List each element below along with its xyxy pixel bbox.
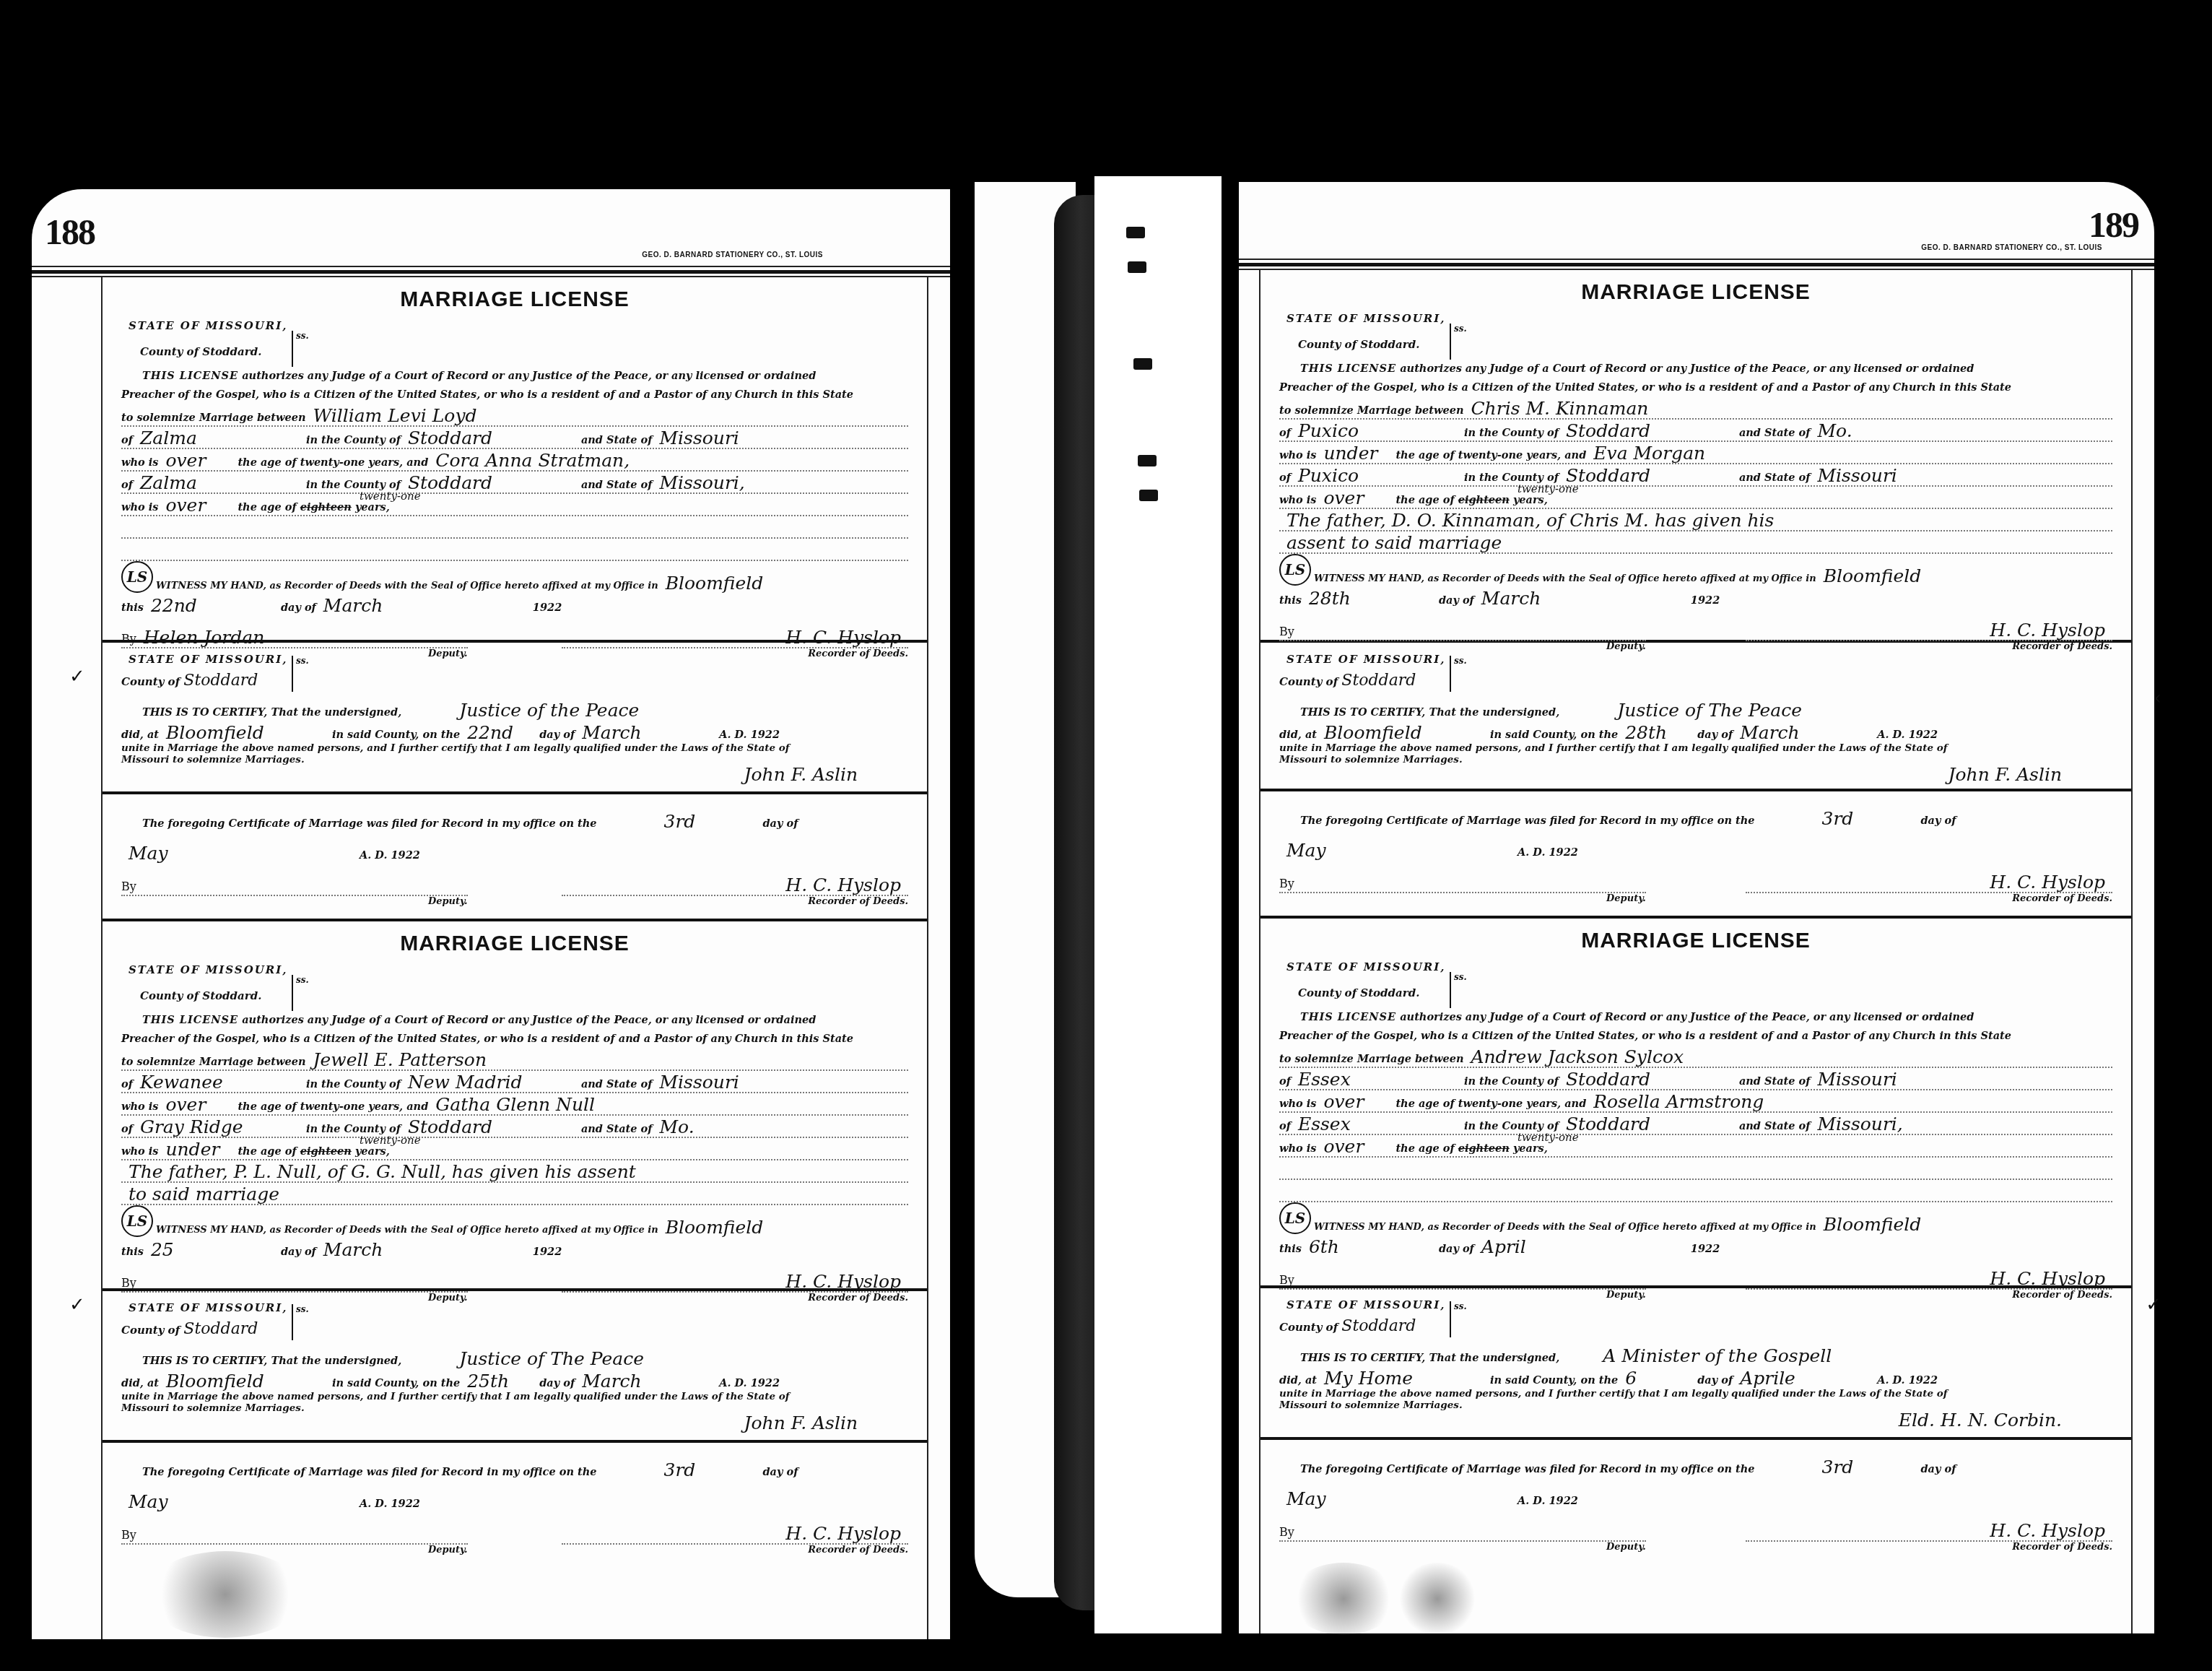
issued-place: Bloomfield [1816, 567, 1929, 586]
officiant-signature: John F. Aslin [1279, 765, 2112, 784]
groom-town: Essex [1291, 1070, 1464, 1089]
margin-mark: ‹ [2154, 687, 2161, 709]
license-authorization: THIS LICENSE authorizes any Judge of a C… [1279, 1008, 2112, 1046]
binder-hole [1126, 227, 1145, 238]
margin-checkmark: ✓ [69, 666, 85, 687]
recorder-name: H. C. Hyslop [778, 1524, 908, 1543]
groom-name: Andrew Jackson Sylcox [1463, 1048, 1691, 1067]
license-body: authorizes any Judge of a Court of Recor… [1400, 363, 1974, 375]
label: and State of [581, 434, 653, 448]
bride-county: Stoddard [1559, 466, 1739, 485]
license-title: MARRIAGE LICENSE [1279, 270, 2112, 305]
ceremony-year: 2 [1930, 1374, 1938, 1388]
label: day of [1439, 594, 1474, 608]
venue: STATE OF MISSOURI, County of Stoddard. s… [1279, 305, 2112, 360]
deputy-signature: By [121, 870, 468, 896]
ss-bracket: ss. [1450, 324, 1467, 360]
label: the age of [238, 1145, 296, 1159]
license-lead: THIS LICENSE [142, 370, 238, 382]
label: County of [121, 1324, 180, 1337]
recorder-signature: H. C. Hyslop [562, 1267, 908, 1293]
label: day of [1920, 815, 1956, 828]
issued-day: 25 [144, 1241, 281, 1259]
ceremony-line: did, atBloomfieldin said County, on the2… [1279, 720, 2112, 742]
groom-line: to solemnize Marriage betweenWilliam Lev… [121, 404, 908, 427]
groom-town: Puxico [1291, 422, 1464, 440]
consent-line [121, 539, 908, 561]
label: in said County, on the [332, 729, 460, 742]
officiant-title-line: THIS IS TO CERTIFY, That the undersigned… [121, 1346, 908, 1368]
license-body: Preacher of the Gospel, who is a Citizen… [1279, 381, 2011, 394]
county-label: County of Stoddard [1279, 672, 1416, 690]
ink-smudge [1398, 1563, 1477, 1635]
license-authorization: THIS LICENSE authorizes any Judge of a C… [121, 367, 908, 404]
groom-county: New Madrid [401, 1073, 581, 1092]
label: A. D. 192 [719, 1377, 772, 1391]
label: That the undersigned, [271, 706, 401, 720]
label: THIS IS TO CERTIFY, [142, 1355, 267, 1368]
label: to solemnize Marriage between [1279, 404, 1463, 418]
label: of [1279, 427, 1291, 440]
consent-text: The father, P. L. Null, of G. G. Null, h… [121, 1163, 643, 1181]
officiant-title: Justice of The Peace [401, 1350, 651, 1368]
label: A. D. 192 [360, 1498, 413, 1511]
binder-hole [1138, 455, 1157, 466]
label: in said County, on the [1490, 729, 1618, 742]
issued-year: 2 [1712, 594, 1720, 608]
recorder-signature: H. C. Hyslop [1746, 1264, 2112, 1290]
filing-section: The foregoing Certificate of Marriage wa… [103, 1443, 927, 1631]
bride-state: Missouri [1811, 466, 1904, 485]
bride-name: Rosella Armstrong [1586, 1093, 1771, 1111]
license-body: authorizes any Judge of a Court of Recor… [1400, 1011, 1974, 1023]
consent-line: to said marriage [121, 1183, 908, 1205]
twenty-one-correction: twenty-one [360, 490, 421, 503]
officiant-title: A Minister of the Gospell [1559, 1347, 1839, 1366]
ss-bracket: ss. [1450, 972, 1467, 1008]
issued-day: 22nd [144, 596, 281, 615]
label: who is [121, 1145, 158, 1159]
groom-age: under [1316, 444, 1395, 463]
label: day of [1920, 1463, 1956, 1477]
groom-state: Missouri [1811, 1070, 1904, 1089]
label: The foregoing Certificate of Marriage wa… [142, 1466, 596, 1480]
marriage-license-section: MARRIAGE LICENSE STATE OF MISSOURI, Coun… [1260, 919, 2131, 1288]
label: who is [1279, 449, 1316, 463]
label: County of [121, 675, 180, 688]
state-label: STATE OF MISSOURI, [129, 963, 288, 976]
state-label: STATE OF MISSOURI, [1286, 653, 1446, 666]
label: By [1279, 877, 1294, 892]
ceremony-place: Bloomfield [159, 1372, 332, 1391]
marriage-license-section: MARRIAGE LICENSE STATE OF MISSOURI, Coun… [103, 277, 927, 643]
county-label: County of Stoddard. [140, 345, 261, 358]
ceremony-place: My Home [1317, 1369, 1490, 1388]
ceremony-day: 22nd [460, 724, 539, 742]
ceremony-place: Bloomfield [159, 724, 332, 742]
filing-line: The foregoing Certificate of Marriage wa… [1279, 806, 2112, 828]
groom-state: Missouri [653, 429, 746, 448]
label: years, [1513, 1142, 1548, 1156]
witness-line: LSWITNESS MY HAND, as Recorder of Deeds … [1279, 1202, 2112, 1234]
label: WITNESS MY HAND, as Recorder of Deeds wi… [1314, 573, 1816, 586]
label: 192 [533, 1246, 554, 1259]
label: in the County of [306, 434, 401, 448]
county-label: County of Stoddard. [1298, 338, 1419, 351]
filing-line: The foregoing Certificate of Marriage wa… [121, 809, 908, 831]
label: THIS IS TO CERTIFY, [142, 706, 267, 720]
ceremony-month: March [575, 1372, 719, 1391]
license-body: Preacher of the Gospel, who is a Citizen… [121, 389, 853, 401]
filing-date-line: MayA. D. 1922 [121, 831, 908, 863]
label: and State of [581, 1123, 653, 1137]
deputy-caption: Deputy. [1279, 893, 1646, 904]
bride-name: Eva Morgan [1586, 444, 1712, 463]
ceremony-month: March [575, 724, 719, 742]
label: By [121, 1276, 136, 1291]
recorder-caption: Recorder of Deeds. [1746, 1542, 2112, 1553]
recorder-name: H. C. Hyslop [1982, 1269, 2112, 1288]
bride-state: Missouri, [1811, 1115, 1910, 1134]
cert-county: Stoddard [183, 1320, 258, 1338]
header-rule [32, 266, 950, 277]
consent-line [1279, 1158, 2112, 1180]
venue: STATE OF MISSOURI, County of Stoddard. s… [1279, 953, 2112, 1008]
label: this [1279, 594, 1302, 608]
label: years, [1513, 494, 1548, 508]
venue: STATE OF MISSOURI, County of Stoddard ss… [121, 653, 908, 698]
label: the age of [1395, 1142, 1454, 1156]
groom-age-line: who isoverthe age of twenty-one years, a… [121, 449, 908, 472]
label: day of [1697, 1374, 1733, 1388]
groom-town: Zalma [133, 429, 306, 448]
recorder-name: H. C. Hyslop [778, 876, 908, 895]
deputy-caption: Deputy. [121, 896, 468, 907]
groom-residence-line: ofPuxicoin the County ofStoddardand Stat… [1279, 420, 2112, 442]
consent-text: assent to said marriage [1279, 534, 1509, 552]
recorder-signature: H. C. Hyslop [1746, 615, 2112, 641]
officiant-name: John F. Aslin [736, 764, 865, 785]
consent-text: The father, D. O. Kinnaman, of Chris M. … [1279, 511, 1781, 530]
label: Missouri to solemnize Marriages. [121, 1402, 305, 1414]
label: day of [762, 1466, 798, 1480]
filed-year: 2 [1571, 1495, 1578, 1509]
groom-state: Missouri [653, 1073, 746, 1092]
label: and State of [1739, 1120, 1811, 1134]
issued-month: March [316, 596, 533, 615]
binder-strip [1094, 176, 1222, 1633]
label: of [1279, 472, 1291, 485]
label: did, at [121, 1377, 159, 1391]
label: the age of twenty-one years, and [238, 1101, 428, 1114]
ceremony-month: Aprile [1733, 1369, 1877, 1388]
ss-bracket: ss. [292, 331, 309, 367]
twenty-one-correction: twenty-one [1518, 1131, 1579, 1144]
label: to solemnize Marriage between [121, 412, 305, 425]
groom-name: William Levi Loyd [305, 407, 484, 425]
label: who is [121, 501, 158, 515]
issued-month: April [1474, 1238, 1691, 1256]
ceremony-day: 25th [460, 1372, 539, 1391]
groom-age: over [158, 1095, 238, 1114]
label: of [1279, 1075, 1291, 1089]
recorder-name: H. C. Hyslop [1982, 621, 2112, 640]
filing-section: The foregoing Certificate of Marriage wa… [103, 794, 927, 921]
state-label: STATE OF MISSOURI, [129, 319, 288, 332]
label: A. D. 192 [719, 729, 772, 742]
groom-line: to solemnize Marriage betweenJewell E. P… [121, 1049, 908, 1071]
filing-date-line: MayA. D. 1922 [121, 1480, 908, 1511]
signature-row: By H. C. Hyslop [1279, 1509, 2112, 1542]
label: in the County of [306, 1078, 401, 1092]
label: of [121, 479, 133, 492]
officiant-name: John F. Aslin [736, 1412, 865, 1433]
issue-date-line: this28thday ofMarch1922 [1279, 586, 2112, 608]
filed-day: 3rd [1754, 1458, 1920, 1477]
label: unite in Marriage the above named person… [121, 1391, 790, 1402]
issued-year: 2 [1712, 1243, 1720, 1256]
filing-section: The foregoing Certificate of Marriage wa… [1260, 791, 2131, 919]
label: and State of [581, 1078, 653, 1092]
bride-age-line: who isoverthe age of eighteen years,twen… [1279, 1135, 2112, 1158]
ceremony-day: 28th [1618, 724, 1697, 742]
ceremony-place: Bloomfield [1317, 724, 1490, 742]
page-number: 189 [2089, 204, 2138, 246]
label: By [1279, 1273, 1294, 1288]
consent-line: The father, P. L. Null, of G. G. Null, h… [121, 1160, 908, 1183]
officiant-title: Justice of The Peace [1559, 701, 1809, 720]
ceremony-year: 2 [772, 729, 780, 742]
label: to solemnize Marriage between [1279, 1053, 1463, 1067]
license-title: MARRIAGE LICENSE [1279, 919, 2112, 953]
recorder-caption: Recorder of Deeds. [1746, 893, 2112, 904]
label: did, at [121, 729, 159, 742]
signature-row: By H. C. Hyslop [1279, 1256, 2112, 1290]
label: A. D. 192 [1518, 846, 1571, 860]
label: WITNESS MY HAND, as Recorder of Deeds wi… [1314, 1222, 1816, 1234]
ledger-page-right: 189 GEO. D. BARNARD STATIONERY CO., ST. … [1239, 182, 2154, 1633]
bride-town: Essex [1291, 1115, 1464, 1134]
filed-year: 2 [1571, 846, 1578, 860]
witness-line: LSWITNESS MY HAND, as Recorder of Deeds … [1279, 554, 2112, 586]
label: the age of twenty-one years, and [1395, 1098, 1586, 1111]
recorder-signature: H. C. Hyslop [562, 1519, 908, 1545]
label: Missouri to solemnize Marriages. [1279, 1399, 1463, 1411]
label: and State of [1739, 1075, 1811, 1089]
consent-line: The father, D. O. Kinnaman, of Chris M. … [1279, 509, 2112, 531]
ss-bracket: ss. [292, 656, 309, 692]
bride-county: Stoddard [1559, 1115, 1739, 1134]
bride-county: Stoddard [401, 1118, 581, 1137]
consent-line: assent to said marriage [1279, 531, 2112, 554]
label: did, at [1279, 729, 1317, 742]
bride-age-line: who isoverthe age of eighteen years,twen… [121, 494, 908, 516]
deputy-caption: Deputy. [121, 1545, 468, 1555]
issued-place: Bloomfield [658, 574, 771, 593]
label: who is [1279, 1142, 1316, 1156]
groom-residence-line: ofEssexin the County ofStoddardand State… [1279, 1068, 2112, 1090]
certificate-section: STATE OF MISSOURI, County of Stoddard ss… [1260, 643, 2131, 791]
label: this [121, 1246, 144, 1259]
bride-town: Gray Ridge [133, 1118, 306, 1137]
filed-month: May [1279, 1490, 1518, 1509]
county-label: County of Stoddard. [140, 989, 261, 1002]
marriage-license-section: MARRIAGE LICENSE STATE OF MISSOURI, Coun… [103, 921, 927, 1291]
form-area: MARRIAGE LICENSE STATE OF MISSOURI, Coun… [101, 277, 928, 1639]
groom-county: Stoddard [1559, 1070, 1739, 1089]
label: The foregoing Certificate of Marriage wa… [1300, 1463, 1754, 1477]
groom-age: over [158, 451, 238, 470]
issued-day: 6th [1302, 1238, 1439, 1256]
label: unite in Marriage the above named person… [1279, 742, 1948, 754]
issued-place: Bloomfield [658, 1218, 771, 1237]
ceremony-month: March [1733, 724, 1877, 742]
issue-date-line: this25day ofMarch1922 [121, 1237, 908, 1259]
label: to solemnize Marriage between [121, 1056, 305, 1069]
label: WITNESS MY HAND, as Recorder of Deeds wi… [156, 581, 658, 593]
issued-month: March [1474, 589, 1691, 608]
label: and State of [1739, 472, 1811, 485]
recorder-name: H. C. Hyslop [1982, 873, 2112, 892]
label: day of [281, 1246, 316, 1259]
label: in the County of [1464, 1075, 1559, 1089]
certify-text: unite in Marriage the above named person… [1279, 742, 2112, 765]
officiant-name: John F. Aslin [1941, 764, 2069, 785]
issued-year: 2 [554, 602, 562, 615]
ceremony-line: did, atMy Homein said County, on the6day… [1279, 1366, 2112, 1388]
label: who is [1279, 494, 1316, 508]
filed-year: 2 [413, 1498, 420, 1511]
certificate-section: STATE OF MISSOURI, County of Stoddard ss… [103, 1291, 927, 1443]
label: unite in Marriage the above named person… [121, 742, 790, 754]
certify-text: unite in Marriage the above named person… [121, 1391, 908, 1414]
label: A. D. 192 [1518, 1495, 1571, 1509]
deputy-signature: By [1279, 1516, 1646, 1542]
label: WITNESS MY HAND, as Recorder of Deeds wi… [156, 1225, 658, 1237]
issued-place: Bloomfield [1816, 1215, 1929, 1234]
license-authorization: THIS LICENSE authorizes any Judge of a C… [121, 1011, 908, 1049]
label: day of [281, 602, 316, 615]
groom-county: Stoddard [401, 429, 581, 448]
license-body: authorizes any Judge of a Court of Recor… [242, 1014, 816, 1026]
signature-row: By H. C. Hyslop [1279, 860, 2112, 893]
license-body: Preacher of the Gospel, who is a Citizen… [121, 1033, 853, 1045]
ceremony-year: 2 [1930, 729, 1938, 742]
signature-captions: Deputy.Recorder of Deeds. [1279, 893, 2112, 904]
license-lead: THIS LICENSE [1300, 363, 1396, 375]
state-label: STATE OF MISSOURI, [1286, 312, 1446, 325]
label: A. D. 192 [1877, 1374, 1930, 1388]
deputy-caption: Deputy. [1279, 1542, 1646, 1553]
license-title: MARRIAGE LICENSE [121, 921, 908, 956]
recorder-caption: Recorder of Deeds. [562, 896, 908, 907]
filed-month: May [121, 844, 360, 863]
label: day of [539, 1377, 575, 1391]
seal-ls-icon: LS [121, 561, 153, 593]
label: County of [1279, 675, 1338, 688]
bride-town: Zalma [133, 474, 306, 492]
label: in the County of [1464, 427, 1559, 440]
state-label: STATE OF MISSOURI, [129, 1301, 288, 1314]
officiant-title-line: THIS IS TO CERTIFY, That the undersigned… [1279, 1343, 2112, 1366]
certificate-section: STATE OF MISSOURI, County of Stoddard ss… [103, 643, 927, 794]
label: in said County, on the [1490, 1374, 1618, 1388]
license-body: authorizes any Judge of a Court of Recor… [242, 370, 816, 382]
officiant-title-line: THIS IS TO CERTIFY, That the undersigned… [121, 698, 908, 720]
struck-eighteen: eighteen [300, 501, 352, 515]
license-body: Preacher of the Gospel, who is a Citizen… [1279, 1030, 2011, 1042]
binder-hole [1133, 358, 1152, 370]
label: The foregoing Certificate of Marriage wa… [142, 817, 596, 831]
recorder-name: H. C. Hyslop [1982, 1522, 2112, 1540]
groom-line: to solemnize Marriage betweenChris M. Ki… [1279, 397, 2112, 420]
label: A. D. 192 [360, 849, 413, 863]
consent-line [1279, 1180, 2112, 1202]
filed-month: May [121, 1493, 360, 1511]
recorder-signature: H. C. Hyslop [1746, 867, 2112, 893]
consent-line [121, 516, 908, 539]
label: County of [1279, 1321, 1338, 1334]
deputy-signature: By [1279, 615, 1646, 641]
twenty-one-correction: twenty-one [360, 1134, 421, 1147]
ss-bracket: ss. [292, 975, 309, 1011]
signature-row: By H. C. Hyslop [121, 863, 908, 896]
filed-year: 2 [413, 849, 420, 863]
bride-state: Missouri, [653, 474, 752, 492]
label: the age of twenty-one years, and [238, 456, 428, 470]
label: By [1279, 1525, 1294, 1540]
venue: STATE OF MISSOURI, County of Stoddard. s… [121, 956, 908, 1011]
label: in said County, on the [332, 1377, 460, 1391]
label: of [121, 434, 133, 448]
groom-county: Stoddard [1559, 422, 1739, 440]
license-title: MARRIAGE LICENSE [121, 277, 908, 312]
officiant-signature: Eld. H. N. Corbin. [1279, 1411, 2112, 1430]
officiant-name: Eld. H. N. Corbin. [1891, 1410, 2069, 1431]
recorder-signature: H. C. Hyslop [1746, 1516, 2112, 1542]
label: did, at [1279, 1374, 1317, 1388]
venue: STATE OF MISSOURI, County of Stoddard ss… [1279, 653, 2112, 698]
binder-hole [1139, 490, 1158, 501]
ss-bracket: ss. [1450, 1301, 1467, 1337]
issue-date-line: this22ndday ofMarch1922 [121, 593, 908, 615]
license-lead: THIS LICENSE [1300, 1011, 1396, 1023]
cert-county: Stoddard [1341, 672, 1416, 690]
recorder-caption: Recorder of Deeds. [562, 1545, 908, 1555]
label: day of [1439, 1243, 1474, 1256]
label: unite in Marriage the above named person… [1279, 1388, 1948, 1399]
label: 192 [1691, 594, 1712, 608]
seal-ls-icon: LS [1279, 554, 1311, 586]
groom-town: Kewanee [133, 1073, 306, 1092]
filing-line: The foregoing Certificate of Marriage wa… [121, 1457, 908, 1480]
bride-age: under [158, 1140, 238, 1159]
certificate-section: STATE OF MISSOURI, County of Stoddard ss… [1260, 1288, 2131, 1440]
label: THIS IS TO CERTIFY, [1300, 1352, 1425, 1366]
state-label: STATE OF MISSOURI, [1286, 1298, 1446, 1311]
certify-text: unite in Marriage the above named person… [1279, 1388, 2112, 1411]
label: years, [355, 501, 390, 515]
filing-line: The foregoing Certificate of Marriage wa… [1279, 1454, 2112, 1477]
filing-section: The foregoing Certificate of Marriage wa… [1260, 1440, 2131, 1628]
label: The foregoing Certificate of Marriage wa… [1300, 815, 1754, 828]
ink-smudge [146, 1551, 305, 1638]
state-label: STATE OF MISSOURI, [129, 653, 288, 666]
bride-age-line: who isunderthe age of eighteen years,twe… [121, 1138, 908, 1160]
struck-eighteen: eighteen [300, 1145, 352, 1159]
filed-day: 3rd [596, 812, 762, 831]
state-label: STATE OF MISSOURI, [1286, 960, 1446, 973]
